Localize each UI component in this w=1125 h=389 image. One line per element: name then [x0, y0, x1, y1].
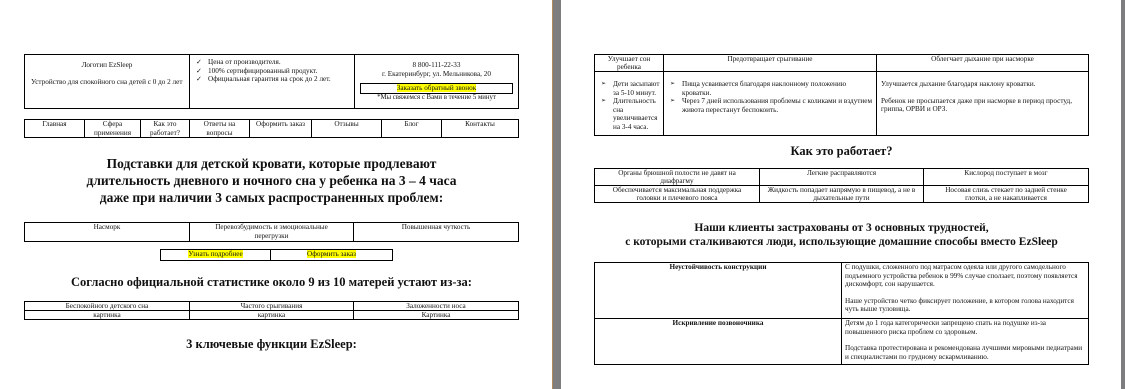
- clients-title-line: с которыми сталкиваются люди, использующ…: [594, 235, 1089, 249]
- vertical-scrollbar-edge[interactable]: [1121, 0, 1125, 389]
- logo: Логотип EzSleep: [29, 61, 185, 70]
- header-logo-cell: Логотип EzSleep Устройство для спокойног…: [25, 55, 190, 109]
- how-cell: Носовая слизь стекает по задней стенке г…: [924, 186, 1089, 203]
- stats-title: Согласно официальной статистике около 9 …: [24, 275, 519, 290]
- hero-title-line: даже при наличии 3 самых распространенны…: [24, 189, 519, 206]
- how-cell: Обеспечивается максимальная поддержка го…: [595, 186, 760, 203]
- how-cell: Легкие расправляются: [760, 169, 924, 186]
- tagline: Устройство для спокойного сна детей с 0 …: [29, 78, 185, 87]
- phone-number[interactable]: 8 800-111-22-33: [358, 61, 515, 70]
- stats-header: Частого срыгивания: [190, 302, 354, 311]
- difficulty-description: Детям до 1 года категорически запрещено …: [842, 319, 1089, 365]
- address: г. Екатеринбург, ул. Мельникова, 20: [358, 70, 515, 79]
- feature-header-sleep: Улучшает сон ребенка: [595, 55, 664, 72]
- callback-button[interactable]: Заказать обратный звонок: [360, 83, 513, 94]
- difficulty-problem-text: Детям до 1 года категорически запрещено …: [845, 319, 1085, 336]
- feature-paragraph: Ребенок не просыпается даже при насморке…: [881, 97, 1084, 114]
- page-gap: [552, 0, 561, 389]
- difficulty-title: Неустойчивость конструкции: [595, 263, 842, 319]
- how-cell: Жидкость попадает напрямую в пищевод, а …: [760, 186, 924, 203]
- difficulty-problem-text: С подушки, сложенного под матрасом одеял…: [845, 263, 1085, 289]
- feature-point: Через 7 дней использования проблемы с ко…: [668, 97, 872, 114]
- difficulties-table: Неустойчивость конструкции С подушки, сл…: [594, 262, 1089, 365]
- clients-title-line: Наши клиенты застрахованы от 3 основных …: [594, 221, 1089, 235]
- image-placeholder: картинка: [190, 311, 354, 320]
- nav-item-blog[interactable]: Блог: [382, 120, 442, 138]
- difficulty-description: С подушки, сложенного под матрасом одеял…: [842, 263, 1089, 319]
- problems-table: Насморк Перевозбудимость и эмоциональные…: [24, 222, 519, 242]
- stats-header: Заложенности носа: [354, 302, 519, 311]
- problem-cell: Насморк: [25, 223, 190, 242]
- header-contacts-cell: 8 800-111-22-33 г. Екатеринбург, ул. Мел…: [355, 55, 519, 109]
- nav-item-scope[interactable]: Сфера применения: [85, 120, 141, 138]
- difficulty-solution-text: Подставка протестирована и рекомендована…: [845, 344, 1085, 361]
- problem-cell: Повышенная чуткость: [354, 223, 519, 242]
- features-table: Улучшает сон ребенка Предотвращает срыги…: [594, 54, 1089, 136]
- nav-item-contacts[interactable]: Контакты: [442, 120, 519, 138]
- feature-point: Дети засыпают за 5-10 минут.: [599, 80, 661, 97]
- hero-title: Подставки для детской кровати, которые п…: [24, 155, 519, 206]
- feature-sleep-cell: Дети засыпают за 5-10 минут. Длительност…: [595, 72, 664, 136]
- hero-title-line: длительность дневного и ночного сна у ре…: [24, 172, 519, 189]
- difficulty-title: Искривление позвоночника: [595, 319, 842, 365]
- benefit-item: Цена от производителя.: [194, 58, 350, 67]
- clients-title: Наши клиенты застрахованы от 3 основных …: [594, 221, 1089, 249]
- learn-more-button[interactable]: Узнать подробнее: [161, 250, 271, 261]
- nav-item-faq[interactable]: Ответы на вопросы: [190, 120, 250, 138]
- how-cell: Органы брюшной полости не давят на диафр…: [595, 169, 760, 186]
- features-title: 3 ключевые функции EzSleep:: [24, 337, 519, 352]
- stats-table: Беспокойного детского сна Частого срыгив…: [24, 301, 519, 320]
- how-cell: Кислород поступает в мозг: [924, 169, 1089, 186]
- how-it-works-table: Органы брюшной полости не давят на диафр…: [594, 168, 1089, 203]
- hero-title-line: Подставки для детской кровати, которые п…: [24, 155, 519, 172]
- header-benefits-cell: Цена от производителя. 100% сертифициров…: [190, 55, 355, 109]
- benefit-item: Официальная гарантия на срок до 2 лет.: [194, 75, 350, 84]
- header-table: Логотип EzSleep Устройство для спокойног…: [24, 54, 519, 109]
- image-placeholder: картинка: [25, 311, 190, 320]
- document-page-2: Улучшает сон ребенка Предотвращает срыги…: [561, 0, 1122, 389]
- feature-point: Длительность сна увеличивается на 3-4 ча…: [599, 97, 661, 131]
- how-it-works-title: Как это работает?: [594, 144, 1089, 159]
- difficulty-solution-text: Наше устройство четко фиксирует положени…: [845, 297, 1085, 314]
- stats-header: Беспокойного детского сна: [25, 302, 190, 311]
- feature-reflux-cell: Пища усваивается благодаря наклонному по…: [664, 72, 877, 136]
- cta-buttons: Узнать подробнее Оформить заказ: [160, 249, 393, 261]
- benefits-list: Цена от производителя. 100% сертифициров…: [194, 58, 350, 84]
- nav-item-order[interactable]: Оформить заказ: [250, 120, 312, 138]
- callback-button-label: Заказать обратный звонок: [397, 84, 476, 92]
- feature-header-reflux: Предотвращает срыгивание: [664, 55, 877, 72]
- problem-cell: Перевозбудимость и эмоциональные перегру…: [190, 223, 354, 242]
- image-placeholder: Картинка: [354, 311, 519, 320]
- callback-note: *Мы свяжемся с Вами в течение 5 минут: [358, 94, 515, 103]
- order-label: Оформить заказ: [307, 250, 356, 258]
- feature-header-breathing: Облегчает дыхание при насморке: [877, 55, 1089, 72]
- feature-sleep-list: Дети засыпают за 5-10 минут. Длительност…: [599, 80, 661, 131]
- order-button[interactable]: Оформить заказ: [271, 250, 393, 261]
- nav-item-how-it-works[interactable]: Как это работает?: [141, 120, 190, 138]
- benefit-item: 100% сертифицированный продукт.: [194, 67, 350, 76]
- nav-item-reviews[interactable]: Отзывы: [312, 120, 382, 138]
- feature-breathing-cell: Улучшается дыхание благодаря наклону кро…: [877, 72, 1089, 136]
- feature-paragraph: Улучшается дыхание благодаря наклону кро…: [881, 80, 1084, 89]
- nav-item-home[interactable]: Главная: [25, 120, 85, 138]
- feature-point: Пища усваивается благодаря наклонному по…: [668, 80, 872, 97]
- document-page-1: Логотип EzSleep Устройство для спокойног…: [0, 0, 552, 389]
- feature-reflux-list: Пища усваивается благодаря наклонному по…: [668, 80, 872, 114]
- learn-more-label: Узнать подробнее: [188, 250, 242, 258]
- main-nav: Главная Сфера применения Как это работае…: [24, 119, 519, 138]
